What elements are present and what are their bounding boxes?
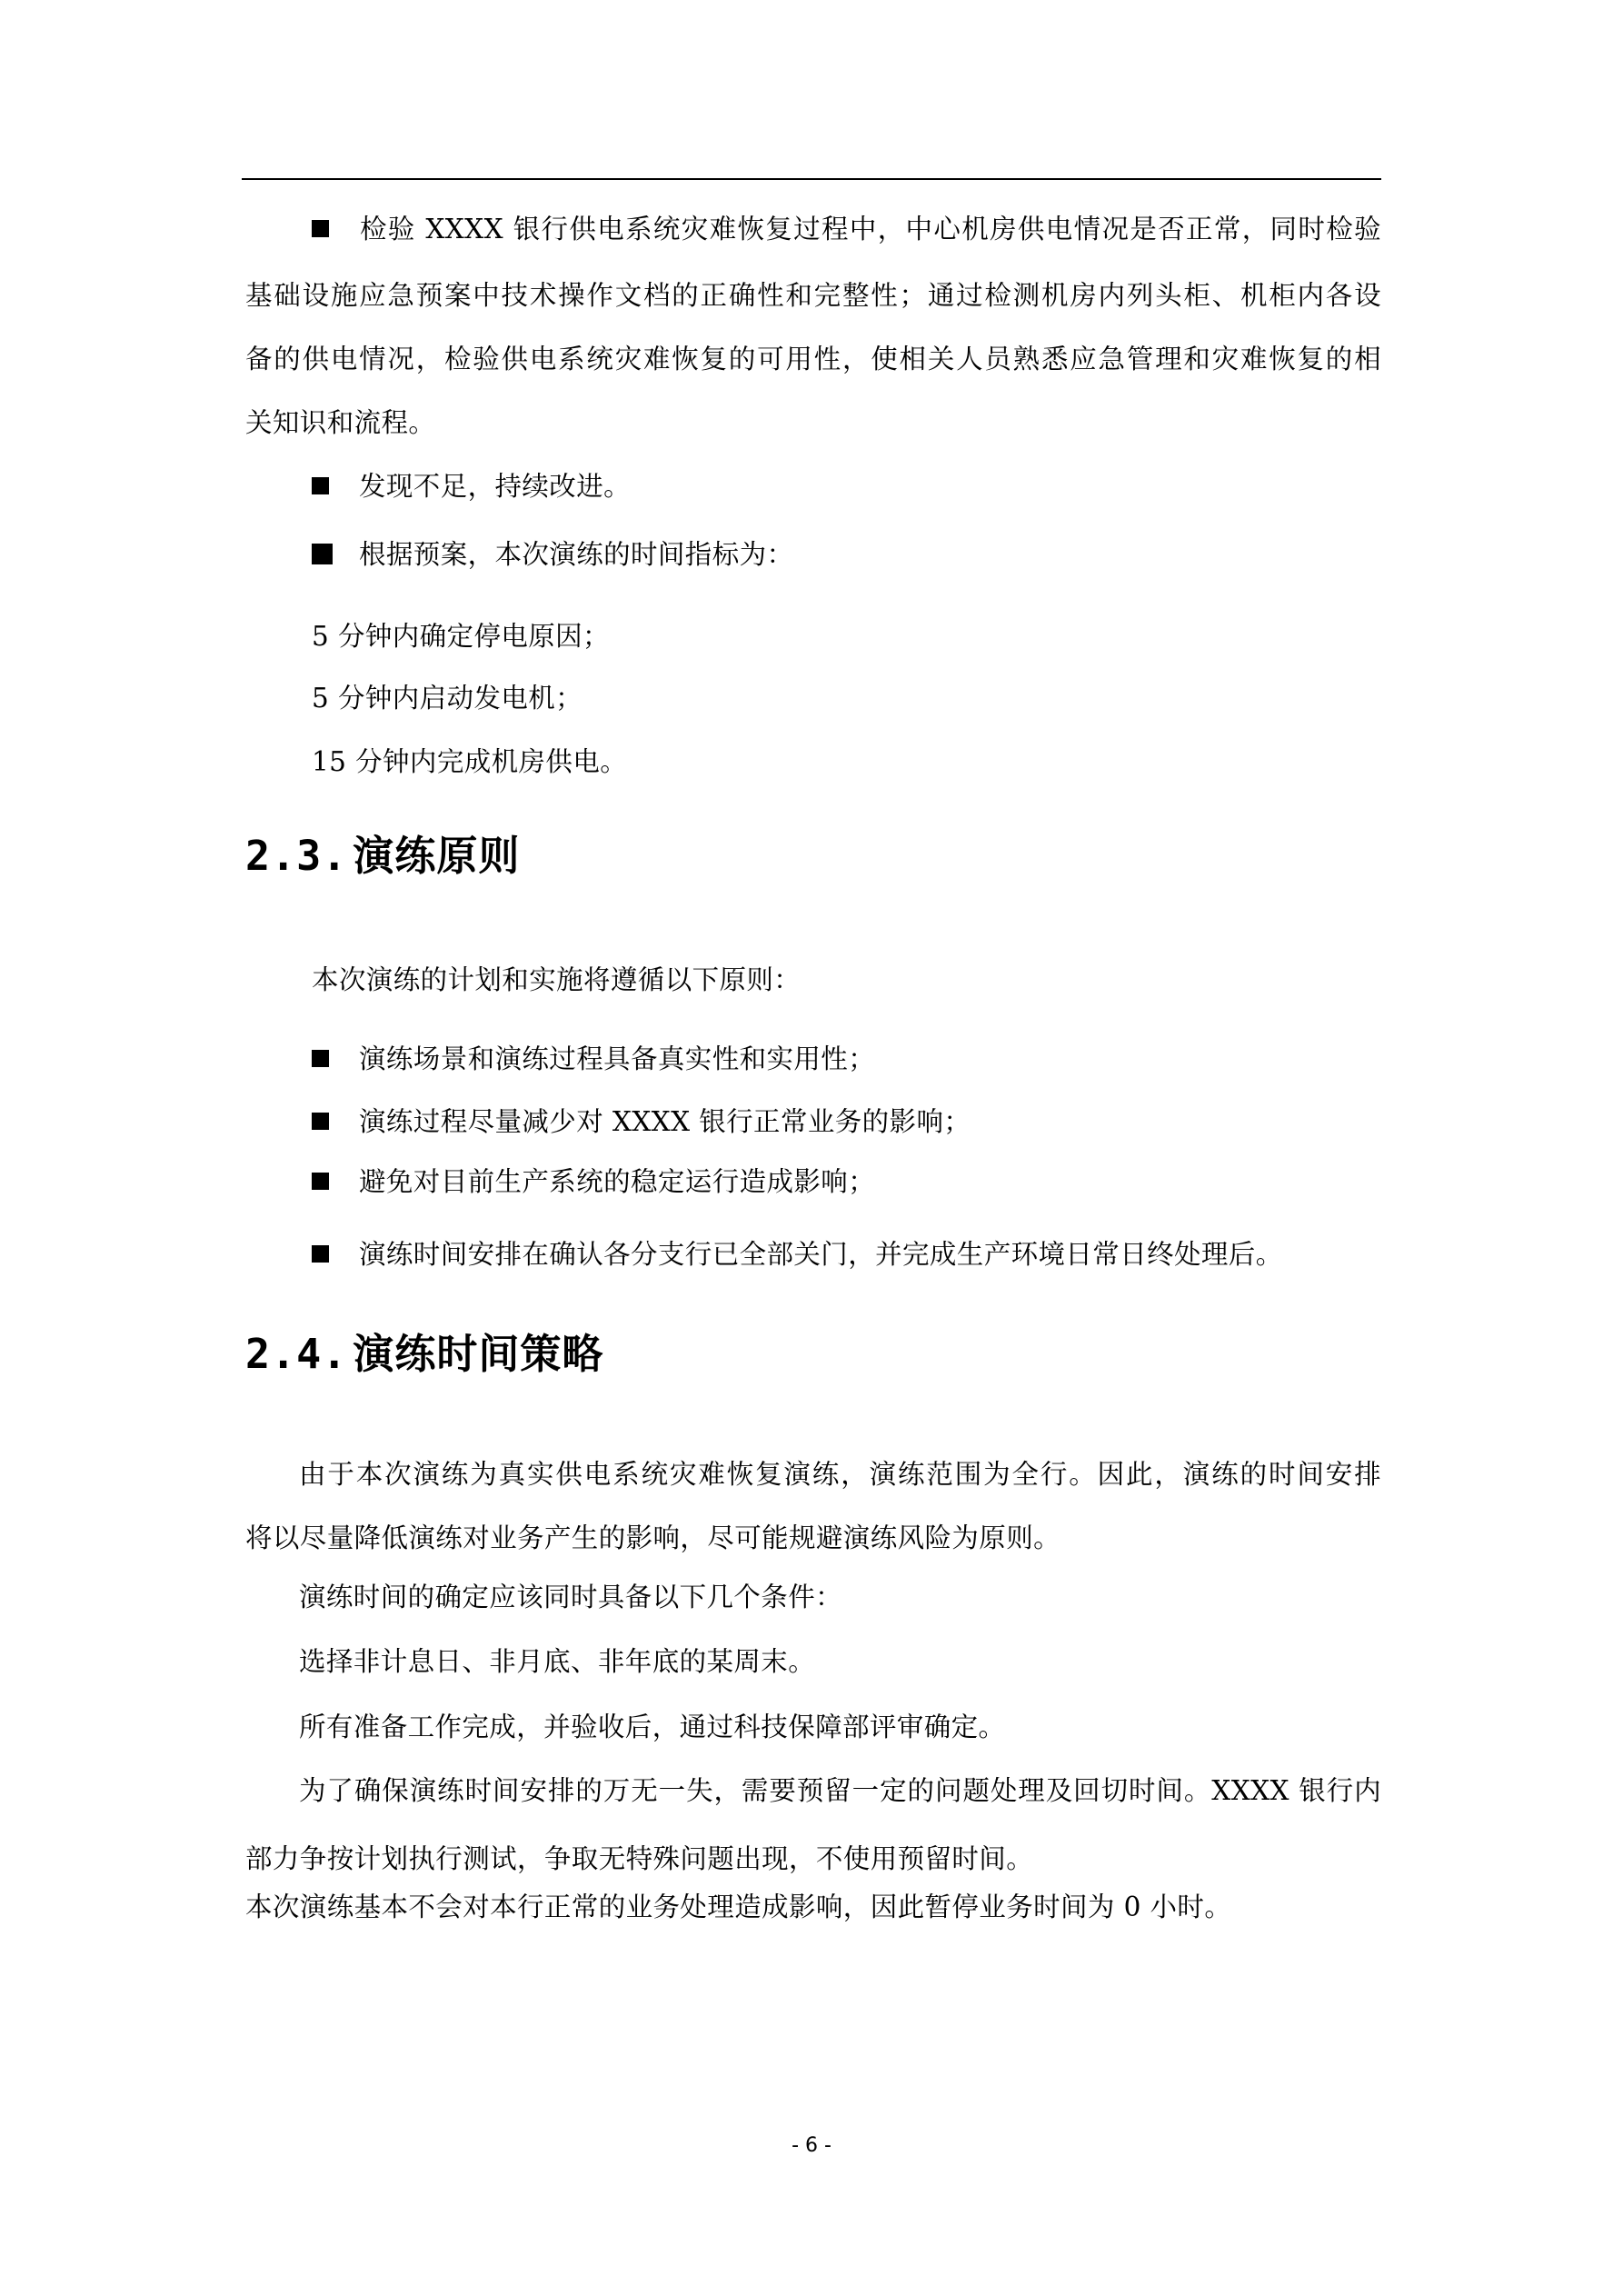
time-target-item: 5 分钟内启动发电机； (312, 680, 582, 716)
condition-item: 选择非计息日、非月底、非年底的某周末。 (299, 1643, 1381, 1680)
square-bullet-icon (312, 1113, 329, 1130)
principle-item: 演练场景和演练过程具备真实性和实用性； (312, 1041, 1381, 1077)
paragraph-line: 备的供电情况，检验供电系统灾难恢复的可用性，使相关人员熟悉应急管理和灾难恢复的相 (245, 341, 1381, 377)
closing-statement: 本次演练基本不会对本行正常的业务处理造成影响，因此暂停业务时间为 0 小时。 (245, 1889, 1381, 1925)
square-bullet-icon (312, 1050, 329, 1067)
paragraph-line: 由于本次演练为真实供电系统灾难恢复演练，演练范围为全行。因此，演练的时间安排 (299, 1456, 1381, 1492)
conditions-intro: 演练时间的确定应该同时具备以下几个条件： (299, 1579, 1381, 1615)
section-number: 2.4. (245, 1330, 347, 1378)
bullet-item-time-targets: 根据预案，本次演练的时间指标为： (312, 536, 1381, 573)
bullet-text: 演练过程尽量减少对 XXXX 银行正常业务的影响； (359, 1106, 971, 1137)
section-heading-2-4: 2.4.演练时间策略 (245, 1329, 603, 1380)
square-bullet-icon (312, 1173, 329, 1190)
bullet-item-verify-power: 检验 XXXX 银行供电系统灾难恢复过程中，中心机房供电情况是否正常，同时检验 (312, 211, 1381, 247)
time-target-item: 5 分钟内确定停电原因； (312, 618, 610, 654)
bullet-text: 演练场景和演练过程具备真实性和实用性； (359, 1043, 875, 1074)
square-bullet-icon (312, 1245, 329, 1263)
bullet-text: 发现不足，持续改进。 (359, 471, 631, 502)
paragraph-line: 关知识和流程。 (245, 404, 1381, 441)
paragraph-line: 将以尽量降低演练对业务产生的影响，尽可能规避演练风险为原则。 (245, 1520, 1381, 1556)
section-title: 演练原则 (353, 832, 520, 880)
condition-item: 所有准备工作完成，并验收后，通过科技保障部评审确定。 (299, 1709, 1381, 1745)
page-number: - 6 - (0, 2132, 1623, 2160)
principle-item: 演练时间安排在确认各分支行已全部关门，并完成生产环境日常日终处理后。 (312, 1236, 1381, 1273)
section-title: 演练时间策略 (353, 1330, 603, 1378)
square-bullet-icon (312, 544, 333, 564)
paragraph-line: 部力争按计划执行测试，争取无特殊问题出现，不使用预留时间。 (245, 1841, 1381, 1877)
square-bullet-icon (312, 220, 329, 237)
paragraph-line: 为了确保演练时间安排的万无一失，需要预留一定的问题处理及回切时间。XXXX 银行… (299, 1772, 1381, 1809)
document-page: 检验 XXXX 银行供电系统灾难恢复过程中，中心机房供电情况是否正常，同时检验 … (0, 0, 1623, 2296)
section-number: 2.3. (245, 832, 347, 880)
principle-item: 演练过程尽量减少对 XXXX 银行正常业务的影响； (312, 1103, 1381, 1140)
section-heading-2-3: 2.3.演练原则 (245, 831, 520, 882)
header-rule (242, 178, 1381, 180)
time-target-item: 15 分钟内完成机房供电。 (312, 744, 627, 780)
bullet-item-improve: 发现不足，持续改进。 (312, 468, 1381, 504)
bullet-text: 检验 XXXX 银行供电系统灾难恢复过程中，中心机房供电情况是否正常，同时检验 (359, 214, 1381, 245)
bullet-text: 根据预案，本次演练的时间指标为： (359, 539, 793, 570)
square-bullet-icon (312, 477, 329, 494)
paragraph-line: 基础设施应急预案中技术操作文档的正确性和完整性；通过检测机房内列头柜、机柜内各设 (245, 277, 1381, 314)
principle-item: 避免对目前生产系统的稳定运行造成影响； (312, 1163, 1381, 1200)
principles-intro: 本次演练的计划和实施将遵循以下原则： (312, 962, 801, 998)
bullet-text: 演练时间安排在确认各分支行已全部关门，并完成生产环境日常日终处理后。 (359, 1239, 1283, 1270)
bullet-text: 避免对目前生产系统的稳定运行造成影响； (359, 1166, 875, 1197)
